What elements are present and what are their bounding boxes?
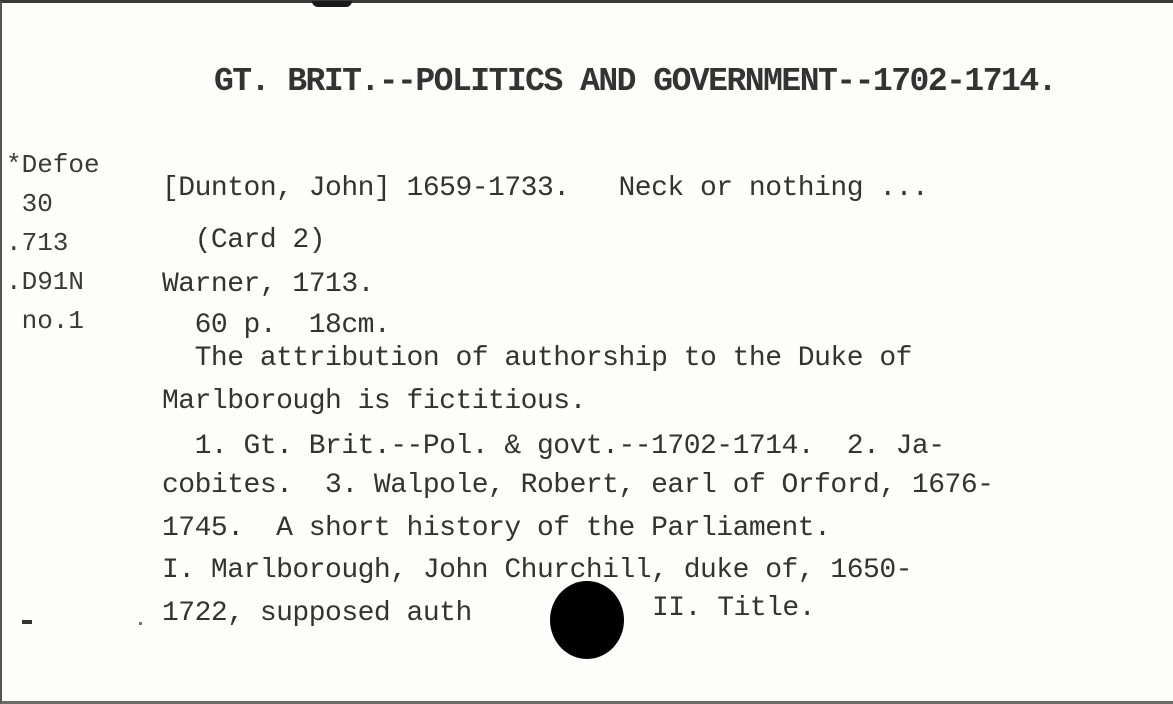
catalog-card: GT. BRIT.--POLITICS AND GOVERNMENT--1702… (0, 0, 1173, 704)
margin-mark (22, 620, 32, 624)
tracing-line: I. Marlborough, John Churchill, duke of,… (162, 555, 912, 586)
punch-hole (550, 581, 624, 659)
call-number-line: .D91N (6, 263, 100, 302)
call-number-line: no.1 (6, 302, 100, 341)
main-entry-line: [Dunton, John] 1659-1733. Neck or nothin… (162, 173, 928, 204)
tracing-line: 1722, supposed auth (162, 598, 472, 629)
tracing-line: 1745. A short history of the Parliament. (162, 513, 830, 544)
collation-line: 60 p. 18cm. (162, 310, 390, 341)
subject-heading: GT. BRIT.--POLITICS AND GOVERNMENT--1702… (214, 63, 1056, 100)
card-top-mark (312, 1, 352, 7)
tracing-line: cobites. 3. Walpole, Robert, earl of Orf… (162, 470, 993, 501)
note-line: The attribution of authorship to the Duk… (162, 343, 912, 374)
call-number-line: *Defoe (6, 146, 100, 185)
call-number-line: 30 (6, 185, 100, 224)
margin-dot (139, 622, 142, 625)
note-line: Marlborough is fictitious. (162, 386, 586, 417)
imprint-line: Warner, 1713. (162, 269, 374, 300)
tracing-line: 1. Gt. Brit.--Pol. & govt.--1702-1714. 2… (162, 431, 945, 462)
tracing-line: II. Title. (652, 593, 815, 624)
card-number-line: (Card 2) (162, 225, 325, 256)
call-number-line: .713 (6, 224, 100, 263)
call-number: *Defoe 30 .713 .D91N no.1 (6, 146, 100, 341)
